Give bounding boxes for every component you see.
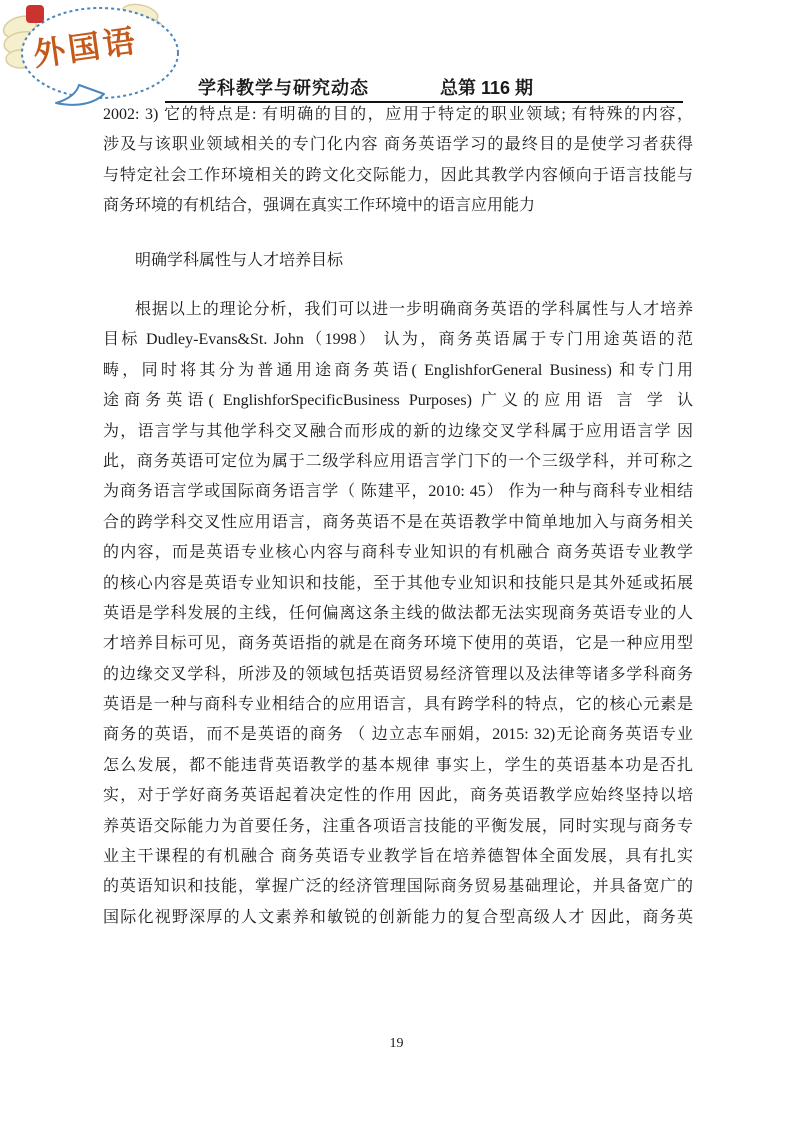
body-line: 为，语言学与其他学科交叉融合而形成的新的边缘交叉学科属于应用语言学 因: [103, 417, 693, 447]
body-line: 畴，同时将其分为普通用途商务英语( EnglishforGeneral Busi…: [103, 356, 693, 386]
body-line: 实，对于学好商务英语起着决定性的作用 因此，商务英语教学应始终坚持以培: [103, 781, 693, 811]
issue-number: 总第 116 期: [440, 74, 533, 100]
document-page: 外国语 学科教学与研究动态 总第 116 期 2002: 3) 它的特点是: 有…: [0, 0, 793, 1122]
body-line: 商务环境的有机结合，强调在真实工作环境中的语言应用能力: [103, 191, 693, 221]
body-line: 养英语交际能力为首要任务，注重各项语言技能的平衡发展，同时实现与商务专: [103, 812, 693, 842]
section-heading: 明确学科属性与人才培养目标: [135, 246, 343, 276]
body-line: 2002: 3) 它的特点是: 有明确的目的，应用于特定的职业领域; 有特殊的内…: [103, 100, 693, 130]
body-line: 的边缘交叉学科，所涉及的领域包括英语贸易经济管理以及法律等诸多学科商务: [103, 660, 693, 690]
paragraph-continued: 2002: 3) 它的特点是: 有明确的目的，应用于特定的职业领域; 有特殊的内…: [103, 100, 693, 222]
body-line: 此，商务英语可定位为属于二级学科应用语言学门下的一个三级学科，并可称之: [103, 447, 693, 477]
body-line: 的内容，而是英语专业核心内容与商科专业知识的有机融合 商务英语专业教学: [103, 538, 693, 568]
body-line: 与特定社会工作环境相关的跨文化交际能力，因此其教学内容倾向于语言技能与: [103, 161, 693, 191]
body-line: 英语是一种与商科专业相结合的应用语言，具有跨学科的特点，它的核心元素是: [103, 690, 693, 720]
page-number: 19: [390, 1036, 404, 1051]
body-line: 涉及与该职业领域相关的专门化内容 商务英语学习的最终目的是使学习者获得: [103, 130, 693, 160]
body-line: 的英语知识和技能，掌握广泛的经济管理国际商务贸易基础理论，并具备宽广的: [103, 872, 693, 902]
red-corner-mark: [26, 5, 44, 23]
body-line: 商务的英语，而不是英语的商务 （ 边立志车丽娟，2015: 32)无论商务英语专…: [103, 720, 693, 750]
body-line: 目标 Dudley-Evans&St. John（1998） 认为，商务英语属于…: [103, 325, 693, 355]
page-header: 学科教学与研究动态 总第 116 期: [165, 74, 683, 100]
paragraph-main: 根据以上的理论分析，我们可以进一步明确商务英语的学科属性与人才培养 目标 Dud…: [103, 295, 693, 933]
body-line: 为商务语言学或国际商务语言学（ 陈建平，2010: 45） 作为一种与商科专业相…: [103, 477, 693, 507]
body-line: 英语是学科发展的主线，任何偏离这条主线的做法都无法实现商务英语专业的人: [103, 599, 693, 629]
body-line: 途商务英语( EnglishforSpecificBusiness Purpos…: [103, 386, 693, 416]
body-line: 的核心内容是英语专业知识和技能，至于其他专业知识和技能只是其外延或拓展: [103, 569, 693, 599]
body-line: 才培养目标可见，商务英语指的就是在商务环境下使用的英语，它是一种应用型: [103, 629, 693, 659]
journal-title: 学科教学与研究动态: [198, 74, 369, 100]
body-line: 业主干课程的有机融合 商务英语专业教学旨在培养德智体全面发展，具有扎实: [103, 842, 693, 872]
body-line: 怎么发展，都不能违背英语教学的基本规律 事实上，学生的英语基本功是否扎: [103, 751, 693, 781]
body-line: 根据以上的理论分析，我们可以进一步明确商务英语的学科属性与人才培养: [103, 295, 693, 325]
page-footer: 19: [0, 1036, 793, 1052]
body-line: 国际化视野深厚的人文素养和敏锐的创新能力的复合型高级人才 因此，商务英: [103, 903, 693, 933]
body-line: 合的跨学科交叉性应用语言，商务英语不是在英语教学中简单地加入与商务相关: [103, 508, 693, 538]
